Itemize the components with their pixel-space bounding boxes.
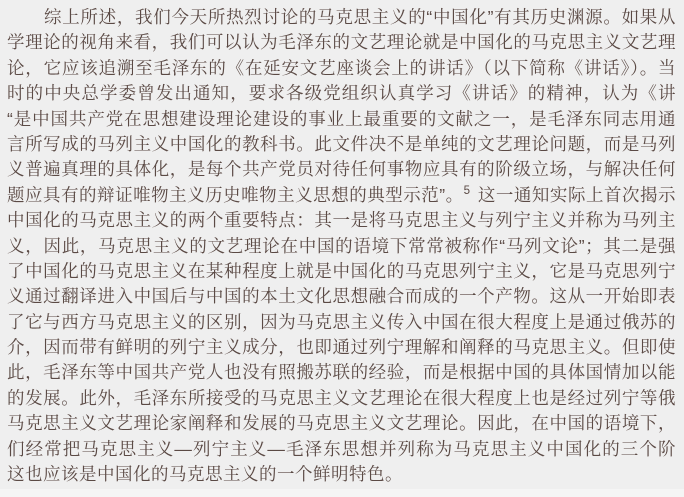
text-segment: 题应具有的辩证唯物主义历史唯物主义思想的典型示范”。 — [7, 185, 464, 205]
footnote-ref: 5 — [464, 185, 471, 197]
text-line: 义普遍真理的具体化，是每个共产党员对待任何事物应具有的阶级立场，与解决任何问 — [7, 157, 676, 182]
page-bottom-edge — [0, 489, 684, 497]
document-page: 综上所述，我们今天所热烈讨论的马克思主义的“中国化”有其历史渊源。如果从文 学理… — [0, 0, 684, 497]
text-line: “是中国共产党在思想建设理论建设的事业上最重要的文献之一，是毛泽东同志用通俗语 — [7, 107, 676, 132]
text-line: 马克思主义文艺理论家阐释和发展的马克思主义文艺理论。因此，在中国的语境下，我 — [7, 411, 676, 436]
text-line: 了它与西方马克思主义的区别，因为马克思主义传入中国在很大程度上是通过俄苏的中 — [7, 310, 676, 335]
text-line: 们经常把马克思主义—列宁主义—毛泽东思想并列称为马克思主义中国化的三个阶段。 — [7, 437, 676, 462]
text-line: 论，它应该追溯至毛泽东的《在延安文艺座谈会上的讲话》（以下简称《讲话》）。当 — [7, 56, 676, 81]
text-line: 学理论的视角来看，我们可以认为毛泽东的文艺理论就是中国化的马克思主义文艺理 — [7, 30, 676, 55]
text-line: 此，毛泽东等中国共产党人也没有照搬苏联的经验，而是根据中国的具体国情加以能动 — [7, 360, 676, 385]
text-line: 义，因此，马克思主义的文艺理论在中国的语境下常常被称作“马列文论”；其二是强调 — [7, 234, 676, 259]
text-line-with-footnote: 题应具有的辩证唯物主义历史唯物主义思想的典型示范”。5 这一通知实际上首次揭示了 — [7, 183, 676, 208]
text-line: 了中国化的马克思主义在某种程度上就是中国化的马克思列宁主义，它是马克思列宁主 — [7, 259, 676, 284]
text-line: 义通过翻译进入中国后与中国的本土文化思想融合而成的一个产物。这从一开始即表明 — [7, 284, 676, 309]
text-line: 时的中央总学委曾发出通知，要求各级党组织认真学习《讲话》的精神，认为《讲话》 — [7, 81, 676, 106]
text-line: 的发展。此外，毛泽东所接受的马克思主义文艺理论在很大程度上也是经过列宁等俄苏 — [7, 386, 676, 411]
text-line: 介，因而带有鲜明的列宁主义成分，也即通过列宁理解和阐释的马克思主义。但即使如 — [7, 335, 676, 360]
text-line: 综上所述，我们今天所热烈讨论的马克思主义的“中国化”有其历史渊源。如果从文 — [7, 5, 676, 30]
text-line: 中国化的马克思主义的两个重要特点：其一是将马克思主义与列宁主义并称为马列主 — [7, 208, 676, 233]
paragraph: 综上所述，我们今天所热烈讨论的马克思主义的“中国化”有其历史渊源。如果从文 学理… — [7, 5, 676, 487]
text-line: 这也应该是中国化的马克思主义的一个鲜明特色。 — [7, 462, 676, 487]
text-line: 言所写成的马列主义中国化的教科书。此文件决不是单纯的文艺理论问题，而是马列主 — [7, 132, 676, 157]
